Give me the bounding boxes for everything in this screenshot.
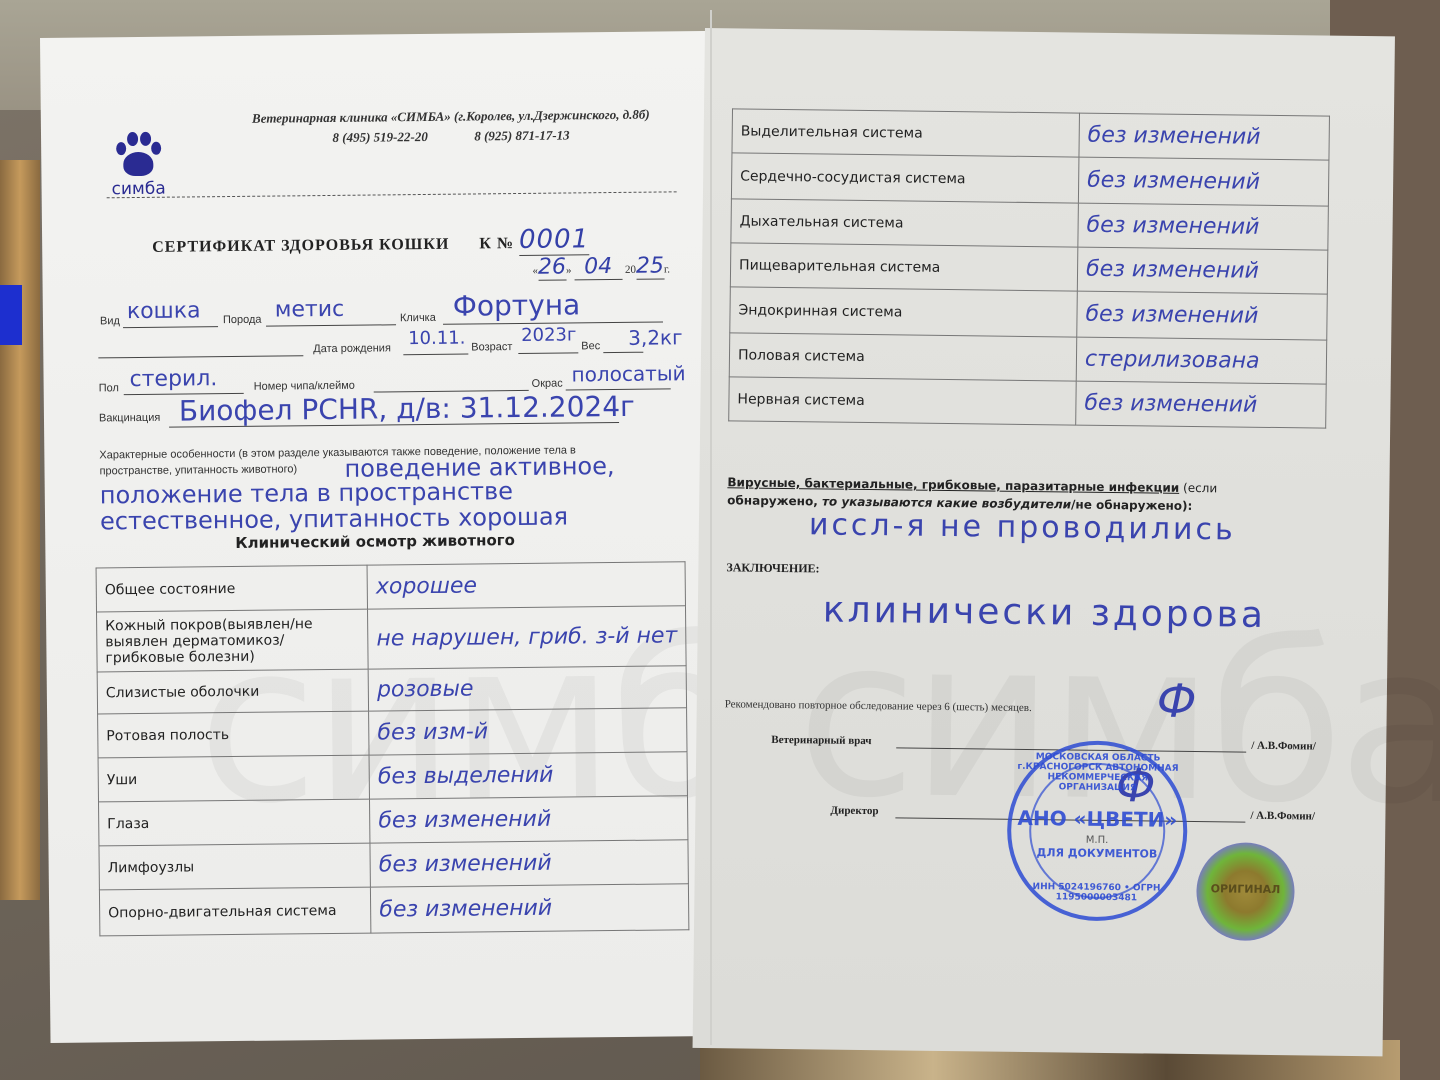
infections-label-underlined: Вирусные, бактериальные, грибковые, пара…: [727, 475, 1179, 495]
table-row: Эндокринная системабез изменений: [730, 287, 1328, 340]
breed-field: [266, 324, 396, 326]
exam-row-value: без изм-й: [369, 708, 687, 755]
color-value: полосатый: [571, 361, 685, 386]
paw-icon: [111, 132, 161, 178]
vaccination-label: Вакцинация: [99, 412, 160, 425]
exam-row-value: без изменений: [1079, 113, 1330, 160]
table-row: Слизистые оболочкирозовые: [97, 666, 686, 714]
certificate-left-page: симба симба Ветеринарная клиника «СИМБА»…: [40, 31, 725, 1043]
exam-row-label: Слизистые оболочки: [97, 669, 369, 714]
exam-row-label: Эндокринная система: [730, 287, 1078, 337]
table-row: Ушибез выделений: [98, 752, 687, 802]
exam-row-label: Пищеварительная система: [730, 243, 1078, 291]
age-value: 2023г: [521, 324, 576, 346]
clinic-phone-1: 8 (495) 519-22-20: [332, 129, 427, 145]
hologram-sticker: ОРИГИНАЛ: [1196, 842, 1295, 941]
stamp-purpose: ДЛЯ ДОКУМЕНТОВ: [1011, 846, 1183, 861]
exam-row-label: Кожный покров(выявлен/не выявлен дермато…: [97, 609, 369, 672]
exam-row-label: Глаза: [99, 799, 371, 846]
exam-row-value: без изменений: [1077, 247, 1328, 294]
weight-label: Вес: [581, 340, 600, 352]
exam-table-right: Выделительная системабез измененийСердеч…: [728, 108, 1330, 428]
name-value: Фортуна: [453, 288, 581, 322]
exam-row-value: не нарушен, гриб. з-й нет: [368, 606, 686, 669]
background-blue-object: [0, 285, 22, 345]
vet-name: / А.В.Фомин/: [1251, 740, 1316, 753]
conclusion-value: клинически здорова: [823, 589, 1267, 635]
date-month: 04: [574, 254, 622, 281]
director-name: / А.В.Фомин/: [1250, 810, 1315, 823]
table-row: Дыхательная системабез изменений: [731, 199, 1328, 250]
clinic-header: Ветеринарная клиника «СИМБА» (г.Королев,…: [216, 106, 686, 147]
exam-row-value: розовые: [368, 666, 686, 711]
weight-field: [603, 352, 643, 353]
certificate-title: СЕРТИФИКАТ ЗДОРОВЬЯ КОШКИ К № 0001: [152, 224, 589, 259]
certificate-title-text: СЕРТИФИКАТ ЗДОРОВЬЯ КОШКИ: [152, 236, 449, 256]
director-label: Директор: [830, 805, 878, 818]
species-value: кошка: [127, 298, 201, 324]
table-row: Общее состояниехорошее: [96, 562, 685, 612]
exam-table-left: Общее состояниехорошееКожный покров(выяв…: [96, 561, 690, 936]
conclusion-label: ЗАКЛЮЧЕНИЕ:: [726, 560, 819, 576]
chip-label: Номер чипа/клеймо: [254, 380, 355, 393]
certificate-number-label: К №: [479, 235, 514, 252]
exam-row-value: без изменений: [370, 840, 688, 887]
vaccination-value: Биофел PCHR, д/в: 31.12.2024г: [179, 390, 635, 428]
table-row: Глазабез изменений: [99, 796, 688, 846]
certificate-date: «26» 04 2025г.: [532, 253, 670, 279]
table-row: Сердечно-сосудистая системабез изменений: [731, 153, 1329, 206]
stamp-ring-bottom: ИНН 5024196760 • ОГРН 1195000003481: [1010, 882, 1182, 904]
table-row: Опорно-двигательная системабез изменений: [99, 884, 688, 936]
stamp-org: АНО «ЦВЕТИ»: [1011, 806, 1183, 832]
exam-row-value: без изменений: [370, 796, 688, 843]
vet-signature: Ф: [1156, 674, 1196, 728]
certificate-right-page: симба Выделительная системабез изменений…: [693, 28, 1395, 1056]
stamp-ring-top: МОСКОВСКАЯ ОБЛАСТЬ г.КРАСНОГОРСК АВТОНОМ…: [1012, 752, 1184, 794]
exam-row-label: Половая система: [729, 333, 1077, 381]
clinic-stamp: МОСКОВСКАЯ ОБЛАСТЬ г.КРАСНОГОРСК АВТОНОМ…: [1006, 740, 1188, 922]
certificate-number: 0001: [519, 224, 589, 256]
exam-row-label: Ротовая полость: [98, 711, 370, 758]
exam-row-value: без изменений: [371, 884, 689, 933]
weight-value: 3,2кг: [628, 325, 683, 350]
exam-row-label: Общее состояние: [96, 565, 368, 612]
header-divider: [107, 191, 677, 198]
breed-value: метис: [275, 297, 345, 323]
clinic-phone-2: 8 (925) 871-17-13: [474, 127, 569, 143]
exam-row-label: Выделительная система: [732, 109, 1080, 157]
table-row: Нервная системабез изменений: [729, 377, 1326, 428]
vet-label: Ветеринарный врач: [771, 734, 871, 747]
infections-label-rest: (если: [1179, 481, 1217, 495]
exam-row-value: без изменений: [1078, 203, 1329, 250]
exam-row-label: Лимфоузлы: [99, 843, 371, 890]
blank-field: [98, 355, 303, 358]
birth-value: 10.11.: [408, 328, 465, 350]
table-row: Выделительная системабез изменений: [732, 109, 1329, 160]
sex-label: Пол: [99, 382, 119, 394]
exam-row-value: стерилизована: [1076, 337, 1327, 384]
exam-row-value: без выделений: [369, 752, 687, 799]
sex-value: стерил.: [129, 366, 217, 392]
date-year: 25: [636, 253, 664, 279]
table-row: Половая системастерилизована: [729, 333, 1326, 384]
exam-row-value: без изменений: [1076, 381, 1327, 428]
page-fold: [710, 10, 712, 1045]
breed-label: Порода: [223, 314, 262, 326]
table-row: Ротовая полостьбез изм-й: [98, 708, 687, 758]
exam-row-value: без изменений: [1078, 157, 1329, 206]
exam-row-label: Сердечно-сосудистая система: [731, 153, 1079, 203]
exam-row-value: без изменений: [1077, 291, 1328, 340]
background-gold-foil: [0, 160, 40, 900]
species-label: Вид: [100, 315, 120, 327]
exam-row-label: Дыхательная система: [731, 199, 1079, 247]
clinic-name-line: Ветеринарная клиника «СИМБА» (г.Королев,…: [216, 106, 686, 127]
date-day: 26: [538, 255, 566, 281]
age-label: Возраст: [471, 341, 512, 353]
species-field: [123, 326, 218, 328]
name-label: Кличка: [400, 312, 436, 324]
stamp-mp: М.П.: [1011, 834, 1183, 847]
birth-label: Дата рождения: [313, 342, 391, 355]
exam-row-value: хорошее: [367, 562, 685, 609]
infections-value: иссл-я не проводились: [809, 507, 1236, 547]
date-year-prefix: 20: [625, 264, 636, 276]
date-suffix: г.: [664, 263, 670, 275]
color-label: Окрас: [532, 378, 563, 390]
recommendation: Рекомендовано повторное обследование чер…: [725, 698, 1032, 714]
table-row: Лимфоузлыбез изменений: [99, 840, 688, 890]
infections-label-2a: обнаружено,: [727, 493, 822, 508]
exam-row-label: Опорно-двигательная система: [99, 887, 371, 936]
age-field: [518, 352, 578, 354]
table-row: Пищеварительная системабез изменений: [730, 243, 1327, 294]
exam-section-title: Клинический осмотр животного: [235, 531, 515, 552]
table-row: Кожный покров(выявлен/не выявлен дермато…: [97, 606, 687, 672]
birth-field: [403, 354, 468, 356]
clinic-logo: симба: [111, 132, 172, 200]
exam-row-label: Нервная система: [729, 377, 1077, 425]
hologram-text: ОРИГИНАЛ: [1196, 882, 1294, 896]
exam-row-label: Уши: [98, 755, 370, 802]
